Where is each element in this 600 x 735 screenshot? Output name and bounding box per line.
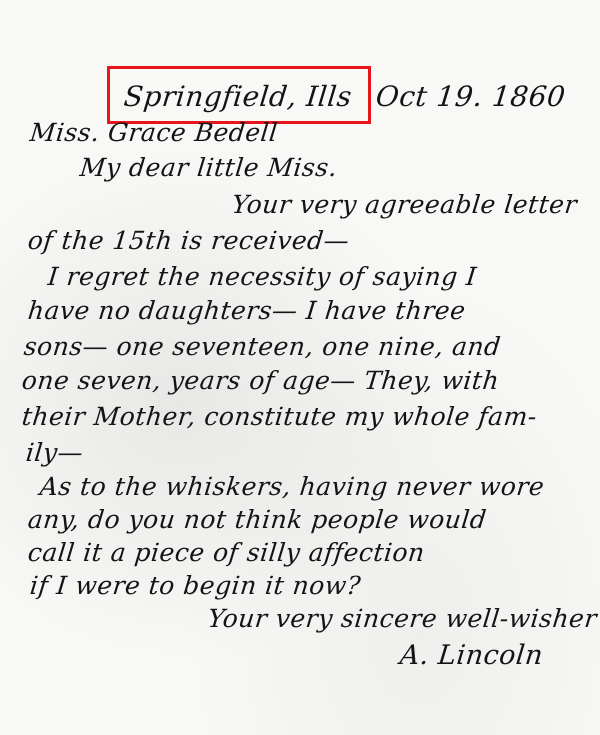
- body-line: their Mother, constitute my whole fam-: [20, 402, 538, 431]
- signature: A. Lincoln: [398, 640, 544, 671]
- salutation: My dear little Miss.: [78, 153, 338, 182]
- highlight-box: [107, 66, 371, 124]
- recipient: Miss. Grace Bedell: [28, 118, 279, 147]
- body-line: I regret the necessity of saying I: [46, 262, 478, 291]
- body-line: one seven, years of age— They, with: [20, 366, 500, 395]
- closing: Your very sincere well-wisher: [206, 604, 598, 633]
- body-line: if I were to begin it now?: [28, 571, 362, 600]
- body-line: ily—: [24, 438, 84, 467]
- body-line: sons— one seventeen, one nine, and: [22, 332, 502, 361]
- body-line: of the 15th is received—: [26, 226, 350, 255]
- body-line: call it a piece of silly affection: [26, 538, 426, 567]
- body-line: As to the whiskers, having never wore: [38, 472, 545, 501]
- letter-page: Springfield, Ills Oct 19. 1860 Miss. Gra…: [0, 0, 600, 735]
- body-line: have no daughters— I have three: [26, 296, 467, 325]
- heading-date: Oct 19. 1860: [374, 80, 567, 113]
- body-line: Your very agreeable letter: [230, 190, 578, 219]
- body-line: any, do you not think people would: [26, 505, 488, 534]
